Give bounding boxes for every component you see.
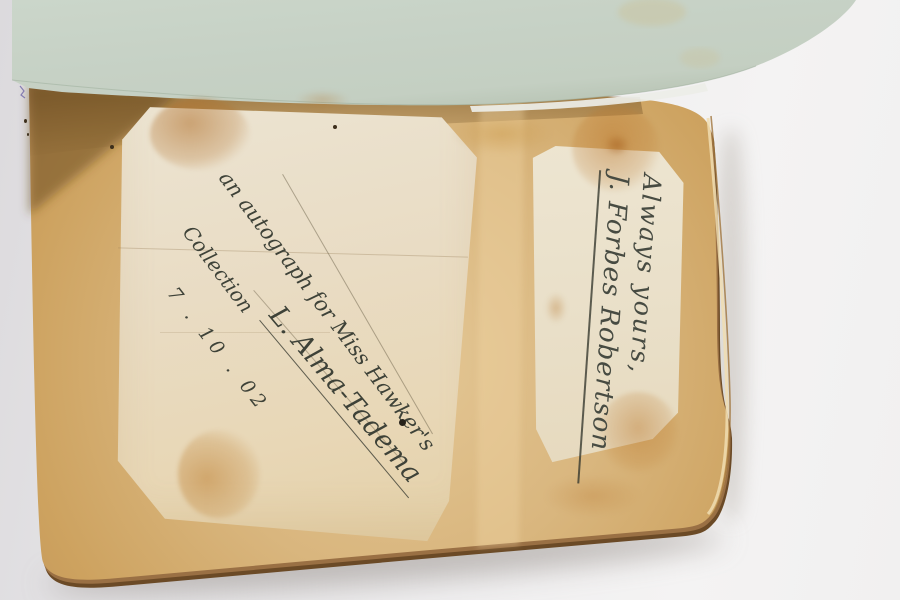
- speck: [110, 145, 114, 149]
- stain: [452, 114, 552, 154]
- leaf-stain: [680, 48, 720, 68]
- photo-of-autograph-album: an autograph for Miss Hawker's Collectio…: [0, 0, 900, 600]
- page-gutter-highlight: [477, 100, 524, 548]
- endpaper-leaf: [12, 0, 856, 105]
- ink-blot: [399, 419, 406, 426]
- blue-scribble-mark: [20, 86, 25, 98]
- stain: [150, 98, 250, 170]
- stain: [178, 430, 260, 518]
- stain: [545, 292, 567, 324]
- speck: [24, 119, 27, 123]
- stain: [604, 134, 630, 156]
- speck: [27, 133, 29, 136]
- speck: [333, 125, 337, 129]
- stain: [295, 90, 350, 110]
